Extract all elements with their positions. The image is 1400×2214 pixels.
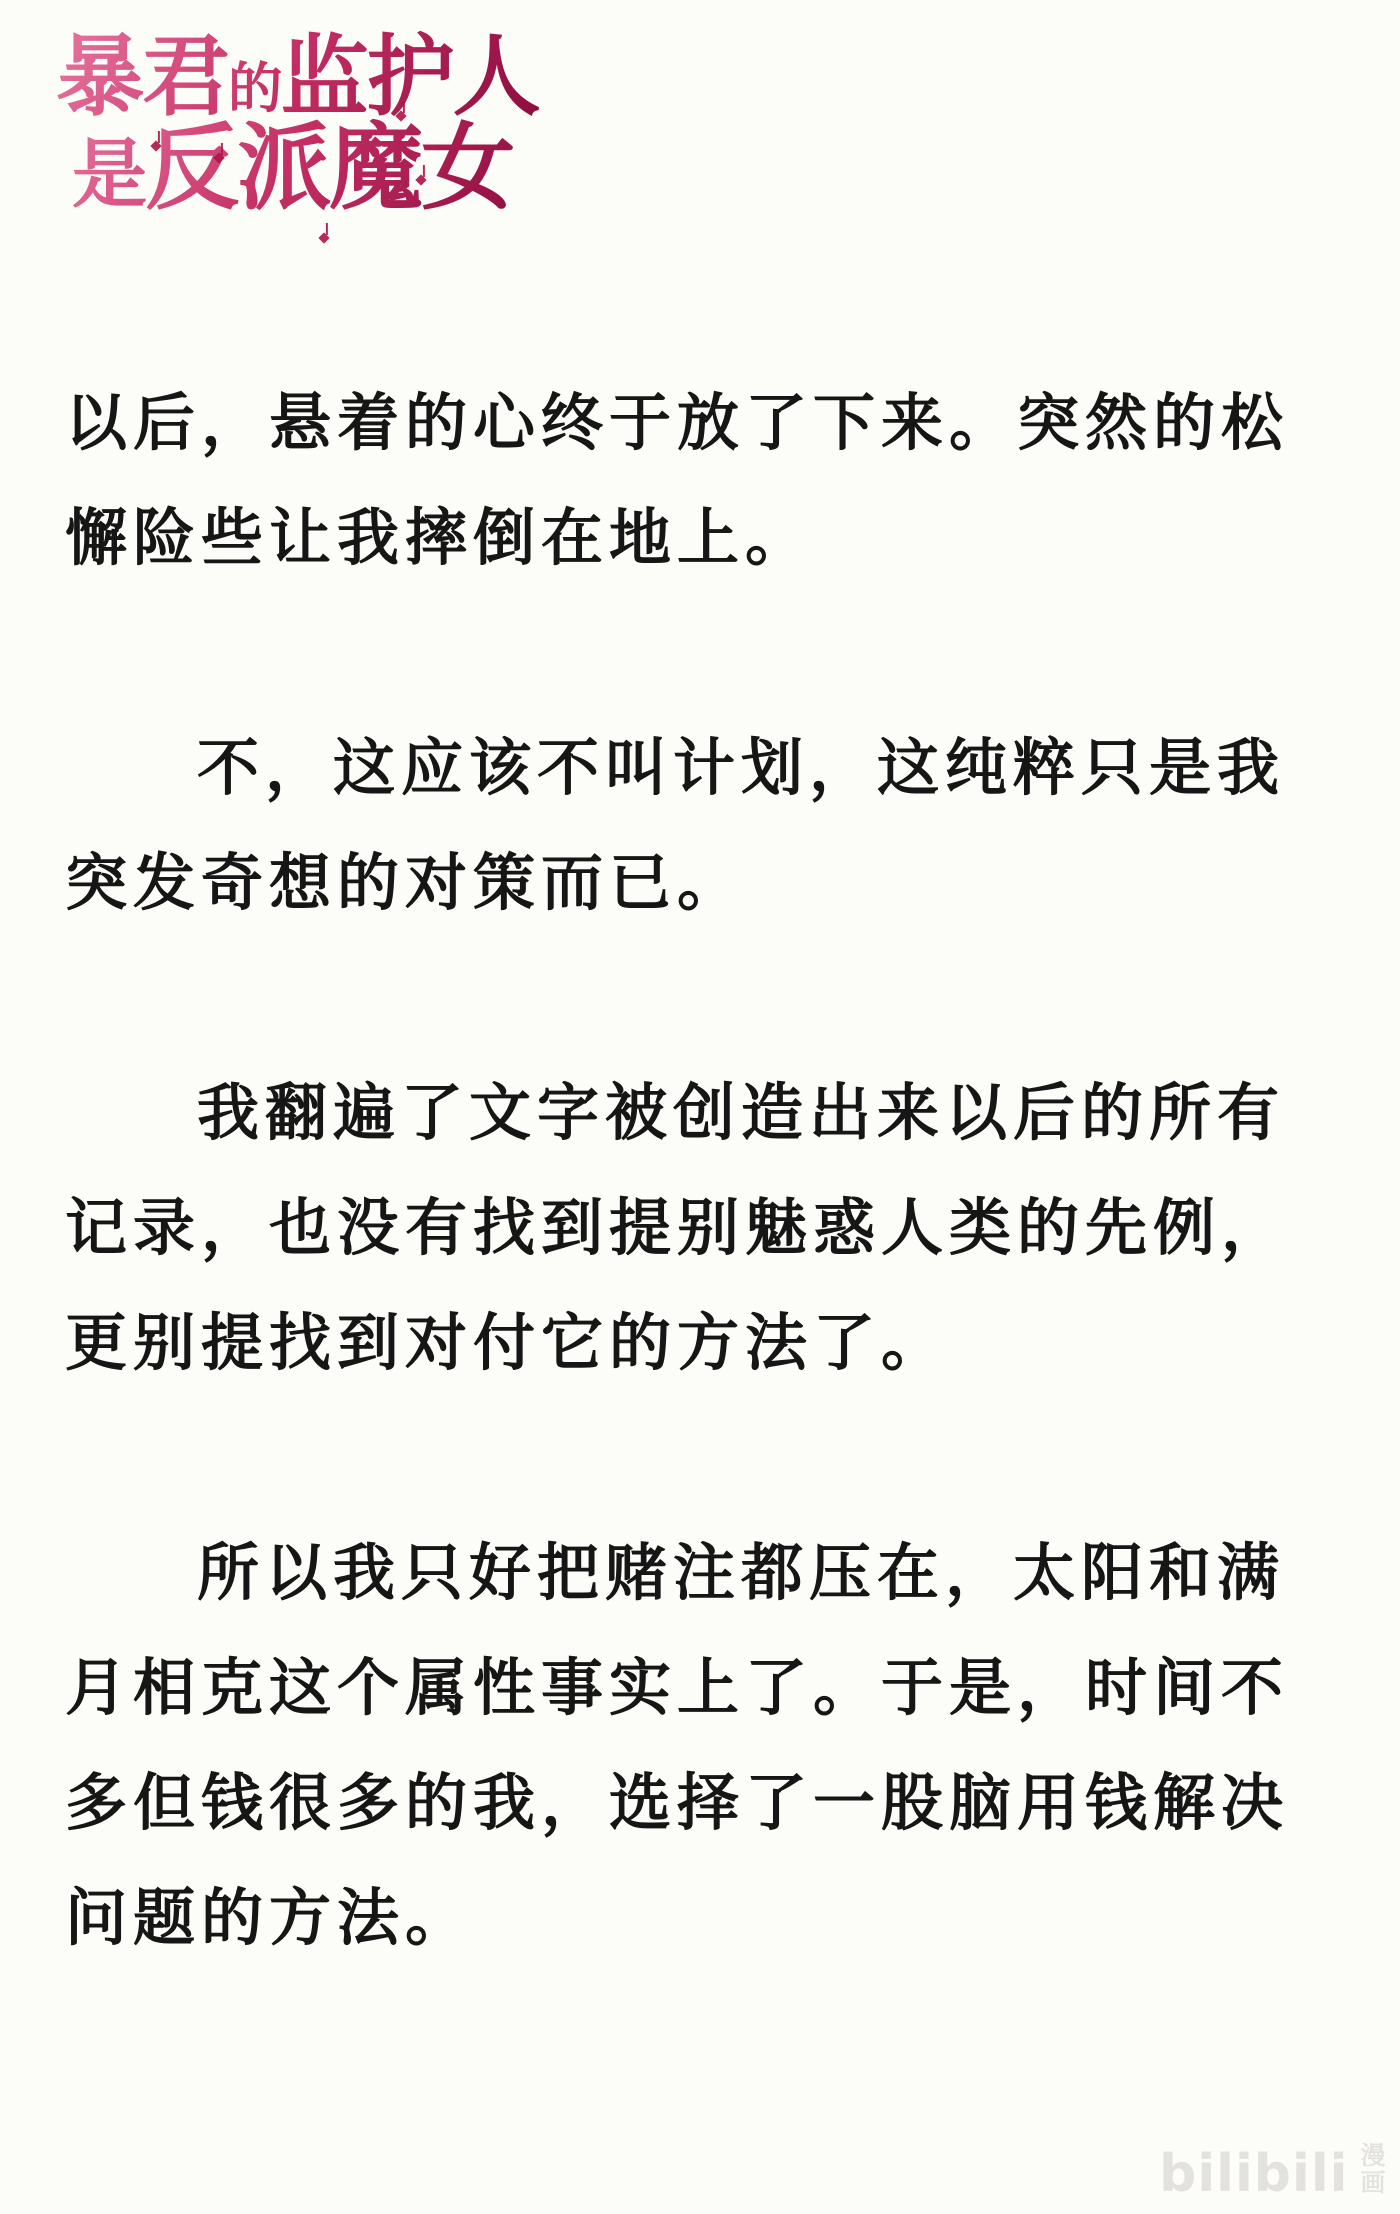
paragraph-3: 我翻遍了文字被创造出来以后的所有 记录，也没有找到提别魅惑人类的先例， 更别提找… [65, 1056, 1355, 1401]
logo-text-de: 的 [228, 56, 281, 120]
text-line: 记录，也没有找到提别魅惑人类的先例， [65, 1171, 1355, 1286]
bilibili-logo: bilibili [1159, 2148, 1348, 2200]
text-line: 更别提找到对付它的方法了。 [65, 1286, 1355, 1401]
logo-text-fanpai-monv: 反派魔女 [145, 113, 513, 223]
text-line: 问题的方法。 [65, 1861, 1355, 1976]
jewel-decoration [318, 232, 329, 243]
text-line: 不，这应该不叫计划，这纯粹只是我 [65, 711, 1355, 826]
logo-text-shi: 是 [72, 129, 145, 218]
manga-text-page: 暴君的监护人 是反派魔女 以后，悬着的心终于放了下来。突然的松 懈险些让我摔倒在… [0, 0, 1400, 2214]
text-line: 我翻遍了文字被创造出来以后的所有 [65, 1056, 1355, 1171]
text-line: 以后，悬着的心终于放了下来。突然的松 [65, 366, 1355, 481]
series-title-line2: 是反派魔女 [56, 117, 539, 220]
bilibili-manga-label: 漫画 [1357, 2142, 1385, 2200]
paragraph-1: 以后，悬着的心终于放了下来。突然的松 懈险些让我摔倒在地上。 [65, 366, 1355, 596]
series-title-logo: 暴君的监护人 是反派魔女 [56, 28, 539, 220]
text-line: 多但钱很多的我，选择了一股脑用钱解决 [65, 1746, 1355, 1861]
text-line: 所以我只好把赌注都压在，太阳和满 [65, 1516, 1355, 1631]
text-line: 突发奇想的对策而已。 [65, 826, 1355, 941]
text-line: 月相克这个属性事实上了。于是，时间不 [65, 1631, 1355, 1746]
paragraph-2: 不，这应该不叫计划，这纯粹只是我 突发奇想的对策而已。 [65, 711, 1355, 941]
text-line: 懈险些让我摔倒在地上。 [65, 481, 1355, 596]
story-text-block: 以后，悬着的心终于放了下来。突然的松 懈险些让我摔倒在地上。 不，这应该不叫计划… [65, 366, 1355, 1976]
series-title-line1: 暴君的监护人 [56, 28, 539, 125]
paragraph-4: 所以我只好把赌注都压在，太阳和满 月相克这个属性事实上了。于是，时间不 多但钱很… [65, 1516, 1355, 1976]
bilibili-watermark: bilibili 漫画 [1159, 2142, 1384, 2200]
